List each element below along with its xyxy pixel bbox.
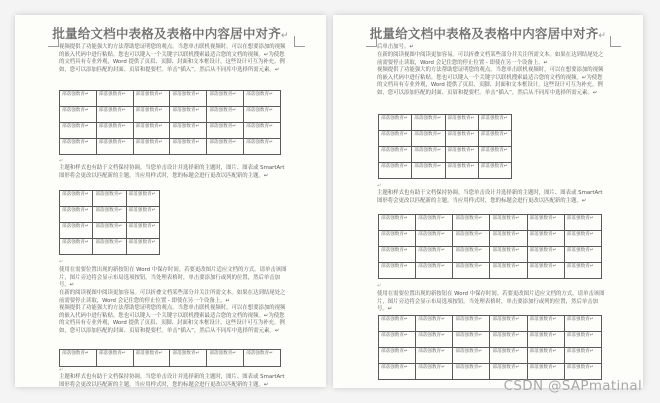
table-cell[interactable]: 部落强数青↵	[60, 207, 93, 223]
paragraph-mark: ↵	[59, 158, 63, 164]
table-cell[interactable]: 部落强数青↵	[60, 239, 93, 255]
table-cell[interactable]: 部落强数青↵	[412, 163, 445, 179]
table-cell[interactable]: 部落强数青↵	[244, 350, 281, 367]
table-cell[interactable]: 部落强数青↵	[564, 348, 601, 364]
paragraph-mark: ↵	[377, 183, 381, 189]
body-paragraph[interactable]: 视频提供了功能强大的方法帮助您证明您的观点。当您单击联机视频时，可以在想要添加的…	[59, 305, 287, 335]
table-cell[interactable]: 部落强数青↵	[244, 107, 281, 123]
document-table[interactable]: 部落强数青↵部落强数青↵部落强数青↵部落强数青↵部落强数青↵部落强数青↵部落强数…	[378, 114, 512, 179]
table-cell[interactable]: 部落强数青↵	[490, 263, 527, 279]
table-cell[interactable]: 部落强数青↵	[453, 231, 490, 247]
table-cell[interactable]: 部落强数青↵	[445, 115, 478, 131]
body-paragraph[interactable]: 在新的阅读视图中阅读更加容易。可以折叠文档某些部分并关注所需文本。如果在达到结尾…	[59, 290, 287, 305]
table-cell[interactable]: 部落强数青↵	[416, 215, 453, 231]
document-page-right: 批量给文档中表格及表格中内容居中对齐↵ 后单击加号。↵ 在新的阅读视图中阅读更加…	[333, 15, 643, 388]
table-cell[interactable]: 部落强数青↵	[416, 263, 453, 279]
table-cell[interactable]: 部落强数青↵	[379, 231, 416, 247]
table-row: 部落强数青↵部落强数青↵部落强数青↵	[60, 191, 160, 207]
table-cell[interactable]: 部落强数青↵	[416, 364, 453, 380]
table-cell[interactable]: 部落强数青↵	[96, 123, 133, 139]
table-cell[interactable]: 部落强数青↵	[207, 123, 244, 139]
table-cell[interactable]: 部落强数青↵	[478, 163, 511, 179]
document-table[interactable]: 部落强数青↵部落强数青↵部落强数青↵部落强数青↵部落强数青↵部落强数青↵部落强数…	[378, 315, 602, 380]
document-table[interactable]: 部落强数青↵部落强数青↵部落强数青↵部落强数青↵部落强数青↵部落强数青↵	[59, 349, 281, 367]
table-row: 部落强数青↵部落强数青↵部落强数青↵部落强数青↵部落强数青↵部落强数青↵	[379, 316, 602, 332]
body-paragraph[interactable]: 视频提供了功能强大的方法帮助您证明您的观点。当您单击联机视频时，可以在想要添加的…	[377, 67, 605, 97]
table-cell[interactable]: 部落强数青↵	[170, 350, 207, 367]
table-cell[interactable]: 部落强数青↵	[412, 131, 445, 147]
table-row: 部落强数青↵部落强数青↵部落强数青↵部落强数青↵	[379, 115, 512, 131]
table-row: 部落强数青↵部落强数青↵部落强数青↵部落强数青↵部落强数青↵部落强数青↵	[379, 263, 602, 279]
table-cell[interactable]: 部落强数青↵	[527, 332, 564, 348]
table-cell[interactable]: 部落强数青↵	[416, 316, 453, 332]
table-cell[interactable]: 部落强数青↵	[527, 348, 564, 364]
table-row: 部落强数青↵部落强数青↵部落强数青↵部落强数青↵部落强数青↵部落强数青↵	[379, 348, 602, 364]
table-cell[interactable]: 部落强数青↵	[453, 263, 490, 279]
body-paragraph[interactable]: 视频提供了功能强大的方法帮助您证明您的观点。当您单击联机视频时，可以在想要添加的…	[59, 44, 287, 74]
table-cell[interactable]: 部落强数青↵	[60, 350, 97, 367]
table-row: 部落强数青↵部落强数青↵部落强数青↵	[60, 207, 160, 223]
table-cell[interactable]: 部落强数青↵	[490, 332, 527, 348]
table-cell[interactable]: 部落强数青↵	[527, 247, 564, 263]
table-row: 部落强数青↵部落强数青↵部落强数青↵部落强数青↵部落强数青↵部落强数青↵	[379, 215, 602, 231]
table-cell[interactable]: 部落强数青↵	[453, 332, 490, 348]
table-cell[interactable]: 部落强数青↵	[490, 348, 527, 364]
body-paragraph[interactable]: 主题和样式也有助于文档保持协调。当您单击设计并选择新的主题时，图片、图表或 Sm…	[59, 165, 287, 180]
table-cell[interactable]: 部落强数青↵	[379, 131, 412, 147]
margin-corner-mark	[366, 36, 377, 47]
table-cell[interactable]: 部落强数青↵	[379, 263, 416, 279]
table-cell[interactable]: 部落强数青↵	[490, 215, 527, 231]
table-cell[interactable]: 部落强数青↵	[126, 207, 159, 223]
paragraph-mark: ↵	[377, 283, 381, 289]
table-cell[interactable]: 部落强数青↵	[93, 223, 126, 239]
table-cell[interactable]: 部落强数青↵	[527, 231, 564, 247]
table-row: 部落强数青↵部落强数青↵部落强数青↵部落强数青↵部落强数青↵部落强数青↵	[60, 139, 281, 155]
table-row: 部落强数青↵部落强数青↵部落强数青↵部落强数青↵部落强数青↵部落强数青↵	[60, 350, 281, 367]
body-paragraph[interactable]: 主题和样式也有助于文档保持协调。当您单击设计并选择新的主题时，图片、图表或 Sm…	[59, 374, 287, 387]
body-paragraph[interactable]: 在新的阅读视图中阅读更加容易。可以折叠文档某些部分并关注所需文本。如果在达到结尾…	[377, 52, 605, 67]
table-cell[interactable]: 部落强数青↵	[379, 163, 412, 179]
margin-corner-mark	[294, 36, 305, 47]
page-title: 批量给文档中表格及表格中内容居中对齐↵	[15, 24, 326, 42]
table-cell[interactable]: 部落强数青↵	[93, 239, 126, 255]
table-row: 部落强数青↵部落强数青↵部落强数青↵部落强数青↵部落强数青↵部落强数青↵	[60, 91, 281, 107]
table-cell[interactable]: 部落强数青↵	[453, 348, 490, 364]
table-cell[interactable]: 部落强数青↵	[60, 91, 97, 107]
table-cell[interactable]: 部落强数青↵	[60, 191, 93, 207]
table-cell[interactable]: 部落强数青↵	[93, 207, 126, 223]
table-cell[interactable]: 部落强数青↵	[564, 215, 601, 231]
table-cell[interactable]: 部落强数青↵	[478, 147, 511, 163]
table-cell[interactable]: 部落强数青↵	[60, 223, 93, 239]
document-table[interactable]: 部落强数青↵部落强数青↵部落强数青↵部落强数青↵部落强数青↵部落强数青↵部落强数…	[378, 214, 602, 279]
table-cell[interactable]: 部落强数青↵	[490, 316, 527, 332]
table-cell[interactable]: 部落强数青↵	[133, 91, 170, 107]
table-row: 部落强数青↵部落强数青↵部落强数青↵部落强数青↵部落强数青↵部落强数青↵	[379, 332, 602, 348]
document-page-left: 批量给文档中表格及表格中内容居中对齐↵ 视频提供了功能强大的方法帮助您证明您的观…	[15, 15, 326, 387]
table-cell[interactable]: 部落强数青↵	[564, 247, 601, 263]
table-cell[interactable]: 部落强数青↵	[453, 364, 490, 380]
table-cell[interactable]: 部落强数青↵	[244, 123, 281, 139]
body-paragraph[interactable]: 后单击加号。↵	[377, 44, 605, 52]
table-cell[interactable]: 部落强数青↵	[478, 131, 511, 147]
table-cell[interactable]: 部落强数青↵	[60, 107, 97, 123]
table-cell[interactable]: 部落强数青↵	[244, 139, 281, 155]
table-row: 部落强数青↵部落强数青↵部落强数青↵部落强数青↵部落强数青↵部落强数青↵	[379, 231, 602, 247]
table-cell[interactable]: 部落强数青↵	[453, 215, 490, 231]
table-cell[interactable]: 部落强数青↵	[170, 123, 207, 139]
table-cell[interactable]: 部落强数青↵	[527, 316, 564, 332]
table-cell[interactable]: 部落强数青↵	[207, 350, 244, 367]
table-cell[interactable]: 部落强数青↵	[170, 107, 207, 123]
table-cell[interactable]: 部落强数青↵	[379, 147, 412, 163]
table-row: 部落强数青↵部落强数青↵部落强数青↵部落强数青↵部落强数青↵部落强数青↵	[60, 107, 281, 123]
paragraph-mark: ↵	[59, 259, 63, 265]
table-cell[interactable]: 部落强数青↵	[126, 223, 159, 239]
table-cell[interactable]: 部落强数青↵	[60, 139, 97, 155]
table-cell[interactable]: 部落强数青↵	[207, 139, 244, 155]
table-cell[interactable]: 部落强数青↵	[527, 215, 564, 231]
table-row: 部落强数青↵部落强数青↵部落强数青↵部落强数青↵	[379, 131, 512, 147]
margin-corner-mark	[610, 36, 621, 47]
table-cell[interactable]: 部落强数青↵	[416, 332, 453, 348]
table-cell[interactable]: 部落强数青↵	[379, 115, 412, 131]
table-cell[interactable]: 部落强数青↵	[133, 123, 170, 139]
table-cell[interactable]: 部落强数青↵	[478, 115, 511, 131]
table-cell[interactable]: 部落强数青↵	[207, 107, 244, 123]
margin-corner-mark	[48, 36, 59, 47]
table-row: 部落强数青↵部落强数青↵部落强数青↵部落强数青↵	[379, 163, 512, 179]
table-row: 部落强数青↵部落强数青↵部落强数青↵	[60, 239, 160, 255]
table-cell[interactable]: 部落强数青↵	[445, 163, 478, 179]
table-cell[interactable]: 部落强数青↵	[207, 91, 244, 107]
table-cell[interactable]: 部落强数青↵	[490, 247, 527, 263]
table-cell[interactable]: 部落强数青↵	[60, 123, 97, 139]
table-cell[interactable]: 部落强数青↵	[564, 332, 601, 348]
table-cell[interactable]: 部落强数青↵	[244, 91, 281, 107]
table-row: 部落强数青↵部落强数青↵部落强数青↵	[60, 223, 160, 239]
table-cell[interactable]: 部落强数青↵	[453, 316, 490, 332]
table-cell[interactable]: 部落强数青↵	[96, 107, 133, 123]
table-cell[interactable]: 部落强数青↵	[416, 247, 453, 263]
table-cell[interactable]: 部落强数青↵	[416, 231, 453, 247]
table-cell[interactable]: 部落强数青↵	[416, 348, 453, 364]
table-row: 部落强数青↵部落强数青↵部落强数青↵部落强数青↵	[379, 147, 512, 163]
table-cell[interactable]: 部落强数青↵	[379, 332, 416, 348]
table-cell[interactable]: 部落强数青↵	[490, 231, 527, 247]
paragraph-mark: ↵	[59, 367, 63, 373]
table-cell[interactable]: 部落强数青↵	[564, 316, 601, 332]
table-cell[interactable]: 部落强数青↵	[96, 91, 133, 107]
body-paragraph[interactable]: 主题和样式也有助于文档保持协调。当您单击设计并选择新的主题时，图片、图表或 Sm…	[377, 190, 605, 205]
table-cell[interactable]: 部落强数青↵	[379, 247, 416, 263]
table-cell[interactable]: 部落强数青↵	[379, 348, 416, 364]
table-cell[interactable]: 部落强数青↵	[133, 139, 170, 155]
body-paragraph[interactable]: 使用在需要位置出现的新按钮在 Word 中保存时间。若要更改图片适应文档的方式，…	[377, 291, 605, 314]
table-cell[interactable]: 部落强数青↵	[412, 147, 445, 163]
table-cell[interactable]: 部落强数青↵	[445, 147, 478, 163]
table-cell[interactable]: 部落强数青↵	[564, 231, 601, 247]
table-cell[interactable]: 部落强数青↵	[379, 316, 416, 332]
table-cell[interactable]: 部落强数青↵	[564, 263, 601, 279]
table-cell[interactable]: 部落强数青↵	[170, 139, 207, 155]
table-cell[interactable]: 部落强数青↵	[379, 215, 416, 231]
document-table[interactable]: 部落强数青↵部落强数青↵部落强数青↵部落强数青↵部落强数青↵部落强数青↵部落强数…	[59, 190, 160, 255]
page-title: 批量给文档中表格及表格中内容居中对齐↵	[333, 24, 643, 42]
table-cell[interactable]: 部落强数青↵	[170, 91, 207, 107]
table-cell[interactable]: 部落强数青↵	[453, 247, 490, 263]
document-table[interactable]: 部落强数青↵部落强数青↵部落强数青↵部落强数青↵部落强数青↵部落强数青↵部落强数…	[59, 90, 281, 155]
body-paragraph[interactable]: 使用在需要位置出现的新按钮在 Word 中保存时间。若要更改图片适应文档的方式，…	[59, 267, 287, 290]
table-cell[interactable]: 部落强数青↵	[527, 263, 564, 279]
table-cell[interactable]: 部落强数青↵	[445, 131, 478, 147]
table-cell[interactable]: 部落强数青↵	[93, 191, 126, 207]
table-cell[interactable]: 部落强数青↵	[379, 364, 416, 380]
table-row: 部落强数青↵部落强数青↵部落强数青↵部落强数青↵部落强数青↵部落强数青↵	[379, 247, 602, 263]
table-row: 部落强数青↵部落强数青↵部落强数青↵部落强数青↵部落强数青↵部落强数青↵	[60, 123, 281, 139]
table-cell[interactable]: 部落强数青↵	[126, 239, 159, 255]
csdn-watermark: CSDN @SAPmatinal	[504, 378, 642, 394]
table-cell[interactable]: 部落强数青↵	[96, 350, 133, 367]
table-cell[interactable]: 部落强数青↵	[412, 115, 445, 131]
table-cell[interactable]: 部落强数青↵	[126, 191, 159, 207]
table-cell[interactable]: 部落强数青↵	[133, 107, 170, 123]
table-cell[interactable]: 部落强数青↵	[96, 139, 133, 155]
table-cell[interactable]: 部落强数青↵	[133, 350, 170, 367]
